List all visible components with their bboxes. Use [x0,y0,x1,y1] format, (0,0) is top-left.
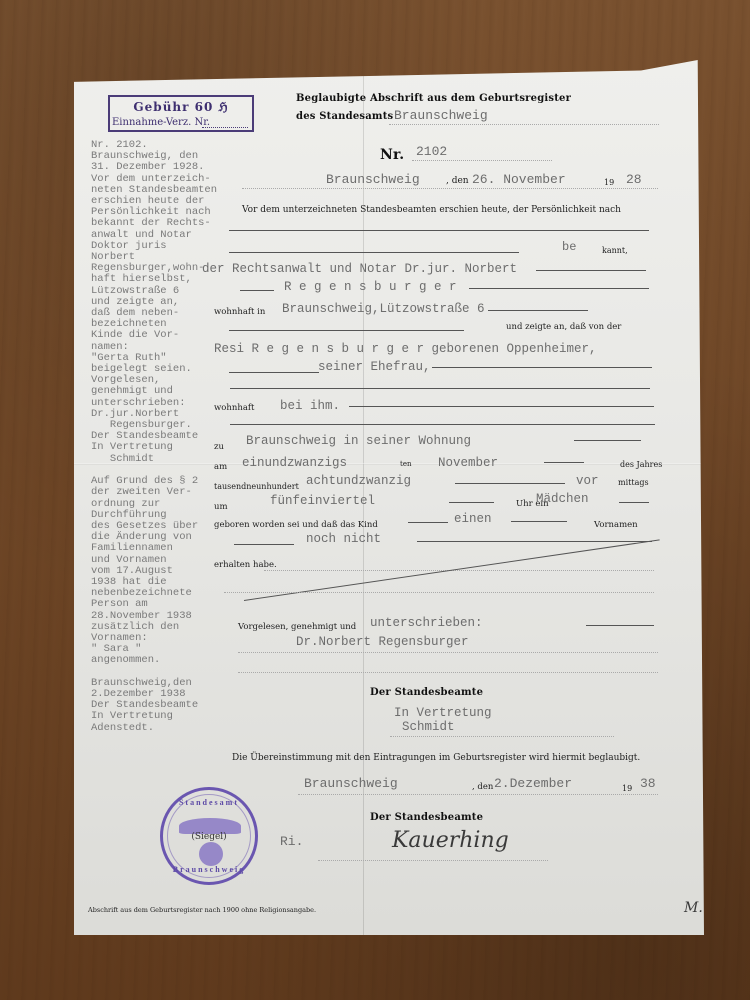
wreath-emblem-icon [199,842,223,866]
dotted-rule [264,570,654,571]
blank-line [229,230,649,231]
certification-date: 2.Dezember [494,776,572,791]
header-den-label: , den [446,176,469,186]
certification-registrar-title: Der Standesbeamte [370,812,483,823]
registrar-name: Schmidt [402,720,455,734]
blank-line [574,440,641,441]
certification-year-suffix: 38 [640,776,656,791]
clerk-initials: Ri. [280,834,303,849]
born-text: geboren worden sei und daß das Kind [214,520,378,530]
footer-note: Abschrift aus dem Geburtsregister nach 1… [88,906,316,914]
read-value: unterschrieben: [370,616,483,630]
blank-line [488,310,588,311]
dotted-rule [298,794,658,795]
dotted-rule [318,860,548,861]
time-label: um [214,502,228,512]
mother-name: Resi R e g e n s b u r g e r geborenen O… [214,342,597,356]
fee-stamp: Gebühr 60 ℌ Einnahme-Verz. Nr. [108,95,254,132]
year-label: des Jahres [620,460,662,469]
residence-value: Braunschweig,Lützowstraße 6 [282,302,485,316]
blank-line [229,252,519,253]
declarant-signature: Dr.Norbert Regensburger [296,635,469,649]
office-value: Braunschweig [394,108,488,123]
margin-annotation: Nr. 2102. Braunschweig, den 31. Dezember… [91,140,226,734]
day-label: am [214,462,227,472]
corner-initial-mark: M. [684,900,703,916]
names-count-value: einen [454,512,492,526]
fee-amount: Gebühr 60 ℌ [110,100,252,114]
known-suffix: kannt, [602,246,628,255]
dotted-rule [224,592,654,593]
seal-top-text: Standesamt [163,798,255,807]
blank-line [230,424,655,425]
dotted-rule [238,672,658,673]
blank-line [586,625,654,626]
names-label: Vornamen [594,520,638,530]
office-label: des Standesamts [296,111,393,122]
names-status: noch nicht [306,532,381,546]
time-value: fünfeinviertel [270,494,375,508]
blank-line [240,290,274,291]
known-prefix: be [562,240,576,254]
blank-line [432,367,652,368]
intro-text: Vor dem unterzeichneten Standesbeamten e… [242,205,621,215]
sex-value: Mädchen [536,492,589,506]
header-year-suffix: 28 [626,172,642,187]
day-value: einundzwanzigs [242,456,347,470]
register-number: 2102 [416,144,447,159]
ampm-value: vor [576,474,599,488]
read-label: Vorgelesen, genehmigt und [238,622,356,632]
date-rule [242,188,658,189]
blank-line [536,270,646,271]
blank-line [455,483,565,484]
seal-bottom-text: Braunschweig [163,865,255,874]
fee-register-rule [202,127,248,128]
blank-line [511,521,567,522]
office-rule [389,124,659,125]
registrar-title: Der Standesbeamte [370,687,483,698]
mother-residence-value: bei ihm. [280,399,340,413]
ampm-label: mittags [618,478,649,487]
announce-text: und zeigte an, daß von der [506,322,621,332]
registrar-signature: Kauerhing [392,828,509,853]
fee-register-label: Einnahme-Verz. Nr. [112,117,210,128]
header-date: 26. November [472,172,566,187]
certification-place: Braunschweig [304,776,398,791]
blank-line [349,406,654,407]
blank-line [544,462,584,463]
registrar-proxy: In Vertretung [394,706,492,720]
day-suffix: ten [400,460,411,468]
residence-label: wohnhaft in [214,307,265,317]
blank-line [234,544,294,545]
seal-center-text: (Siegel) [163,832,255,842]
blank-line [619,502,649,503]
blank-line [230,388,650,389]
blank-line [408,522,448,523]
blank-line [469,288,649,289]
document-title: Beglaubigte Abschrift aus dem Geburtsreg… [296,93,571,104]
year-value: achtundzwanzig [306,474,411,488]
dotted-rule [390,736,614,737]
month-value: November [438,456,498,470]
received-text: erhalten habe. [214,560,277,570]
birth-certificate-document: Gebühr 60 ℌ Einnahme-Verz. Nr. Beglaubig… [74,60,704,935]
dotted-rule [238,652,658,653]
header-place: Braunschweig [326,172,420,187]
century-label: tausendneunhundert [214,482,299,491]
declarant-name: der Rechtsanwalt und Notar Dr.jur. Norbe… [202,262,517,276]
header-year-prefix: 19 [604,178,614,187]
place-label: zu [214,442,224,452]
blank-line [417,541,652,542]
official-seal-stamp: Standesamt (Siegel) Braunschweig [160,787,258,885]
certification-year-prefix: 19 [622,784,632,793]
blank-line [229,372,319,373]
place-value: Braunschweig in seiner Wohnung [246,434,471,448]
number-rule [412,160,552,161]
blank-line [449,502,494,503]
blank-line [229,330,464,331]
certification-statement: Die Übereinstimmung mit den Eintragungen… [232,753,640,763]
declarant-surname: R e g e n s b u r g e r [284,280,457,294]
mother-residence-label: wohnhaft [214,403,254,413]
relation-text: seiner Ehefrau, [318,360,431,374]
register-number-label: Nr. [380,147,404,163]
certification-den-label: , den [472,782,493,792]
